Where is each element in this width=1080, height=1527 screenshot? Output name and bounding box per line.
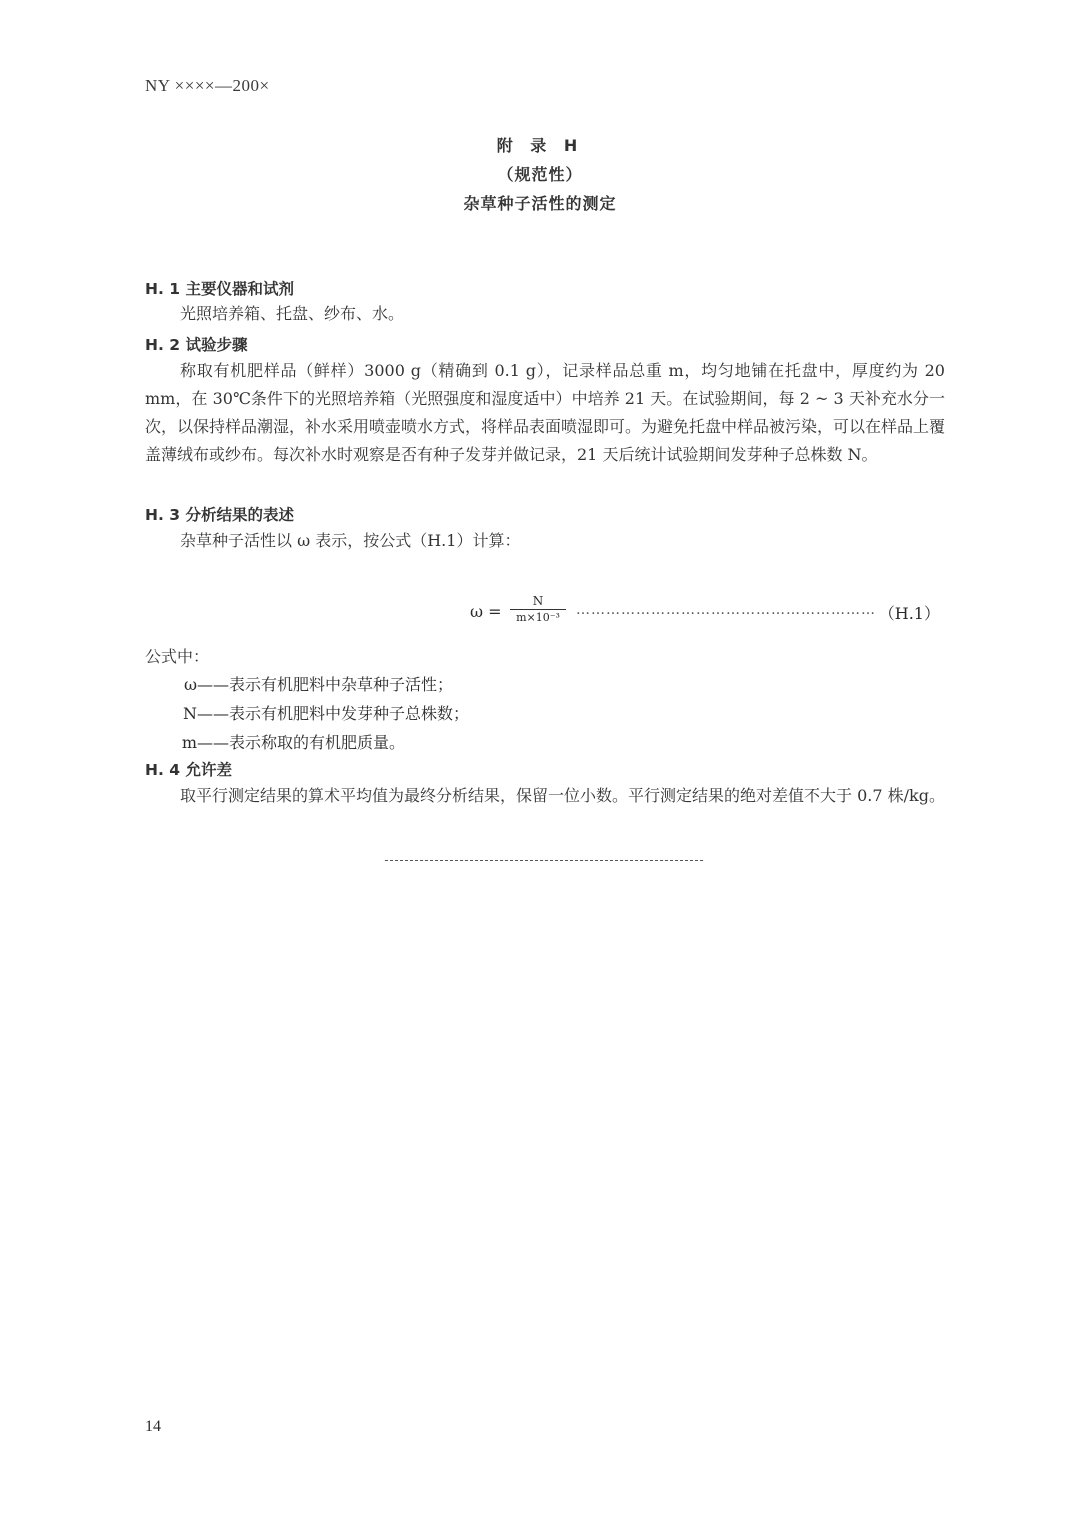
definition-symbol: N [175,699,197,728]
definition-dash: —— [197,704,229,723]
definition-symbol: m [175,728,197,757]
definition-dash: —— [197,675,229,694]
definition-text: 表示称取的有机肥质量。 [229,733,405,752]
appendix-label: 附 录 H [0,133,1080,156]
section-h4-paragraph: 取平行测定结果的算术平均值为最终分析结果，保留一位小数。平行测定结果的绝对差值不… [145,782,945,810]
standard-code-header: NY ××××—200× [145,76,270,96]
definition-text: 表示有机肥料中发芽种子总株数； [229,704,469,723]
definition-symbol: ω [175,670,197,699]
appendix-title: 杂草种子活性的测定 [0,191,1080,214]
section-heading-h4: H. 4 允许差 [145,758,232,780]
section-h3-paragraph: 杂草种子活性以 ω 表示，按公式（H.1）计算： [145,527,945,555]
appendix-type: （规范性） [0,162,1080,185]
formula-fraction: N m×10⁻³ [510,594,566,624]
definition-n: N——表示有机肥料中发芽种子总株数； [175,699,469,728]
section-h2-paragraph: 称取有机肥样品（鲜样）3000 g（精确到 0.1 g），记录样品总重 m，均匀… [145,357,945,469]
formula-label: （H.1） [879,601,940,624]
formula-h1: ω = N m×10⁻³ …………………………………………………… （H.1） [470,594,940,634]
definition-omega: ω——表示有机肥料中杂草种子活性； [175,670,469,699]
section-heading-h3: H. 3 分析结果的表述 [145,503,294,525]
section-heading-h2: H. 2 试验步骤 [145,333,247,355]
formula-leader-dots: …………………………………………………… [576,602,876,618]
section-h1-paragraph: 光照培养箱、托盘、纱布、水。 [145,300,945,328]
definition-m: m——表示称取的有机肥质量。 [175,728,469,757]
formula-lhs: ω = [470,602,502,621]
symbol-definitions: ω——表示有机肥料中杂草种子活性； N——表示有机肥料中发芽种子总株数； m——… [175,670,469,757]
end-of-appendix-rule [385,860,703,861]
section-heading-h1: H. 1 主要仪器和试剂 [145,277,294,299]
definition-dash: —— [197,733,229,752]
fraction-bar [510,609,566,610]
page-number: 14 [145,1418,161,1436]
formula-denominator: m×10⁻³ [510,611,566,624]
formula-numerator: N [510,594,566,608]
definition-text: 表示有机肥料中杂草种子活性； [229,675,453,694]
where-intro: 公式中： [145,643,945,671]
